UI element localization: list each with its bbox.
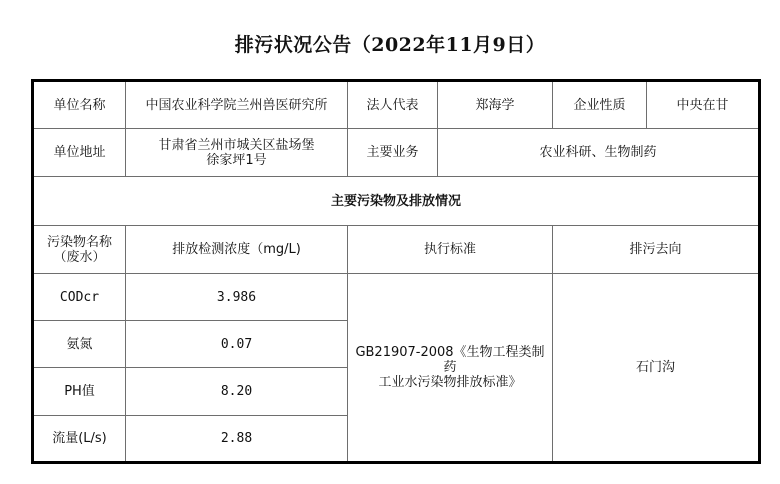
address-line-1: 甘肃省兰州市城关区盐场堡 [128,138,345,153]
pollutant-concentration: 2.88 [126,416,348,463]
pollutant-name: CODcr [33,274,126,321]
discharge-notice-table: 单位名称 中国农业科学院兰州兽医研究所 法人代表 郑海学 企业性质 中央在甘 单… [31,79,761,464]
standard-line-2: 工业水污染物排放标准》 [350,375,550,390]
concentration-header: 排放检测浓度（mg/L) [126,226,348,274]
legal-rep-value: 郑海学 [438,81,553,129]
enterprise-type-value: 中央在甘 [647,81,760,129]
pollutant-name: 流量(L/s) [33,416,126,463]
address-label: 单位地址 [33,129,126,177]
pollutant-name-header: 污染物名称 （废水） [33,226,126,274]
destination-header: 排污去向 [553,226,760,274]
business-value: 农业科研、生物制药 [438,129,760,177]
section-title: 主要污染物及排放情况 [33,177,760,226]
pollutant-concentration: 0.07 [126,321,348,368]
unit-name-label: 单位名称 [33,81,126,129]
page-title: 排污状况公告（2022年11月9日） [0,30,780,57]
pollutant-header-line-2: （废水） [36,250,123,265]
unit-row-2: 单位地址 甘肃省兰州市城关区盐场堡 徐家坪1号 主要业务 农业科研、生物制药 [33,129,760,177]
address-value: 甘肃省兰州市城关区盐场堡 徐家坪1号 [126,129,348,177]
destination-value: 石门沟 [553,274,760,463]
address-line-2: 徐家坪1号 [128,153,345,168]
standard-value: GB21907-2008《生物工程类制药 工业水污染物排放标准》 [348,274,553,463]
pollutant-concentration: 3.986 [126,274,348,321]
unit-name-value: 中国农业科学院兰州兽医研究所 [126,81,348,129]
enterprise-type-label: 企业性质 [553,81,647,129]
pollutant-name: PH值 [33,368,126,416]
column-header-row: 污染物名称 （废水） 排放检测浓度（mg/L) 执行标准 排污去向 [33,226,760,274]
pollutant-concentration: 8.20 [126,368,348,416]
standard-line-1: GB21907-2008《生物工程类制药 [350,345,550,375]
pollutant-name: 氨氮 [33,321,126,368]
standard-header: 执行标准 [348,226,553,274]
business-label: 主要业务 [348,129,438,177]
section-header-row: 主要污染物及排放情况 [33,177,760,226]
legal-rep-label: 法人代表 [348,81,438,129]
pollutant-header-line-1: 污染物名称 [36,235,123,250]
unit-row-1: 单位名称 中国农业科学院兰州兽医研究所 法人代表 郑海学 企业性质 中央在甘 [33,81,760,129]
table-row: CODcr 3.986 GB21907-2008《生物工程类制药 工业水污染物排… [33,274,760,321]
